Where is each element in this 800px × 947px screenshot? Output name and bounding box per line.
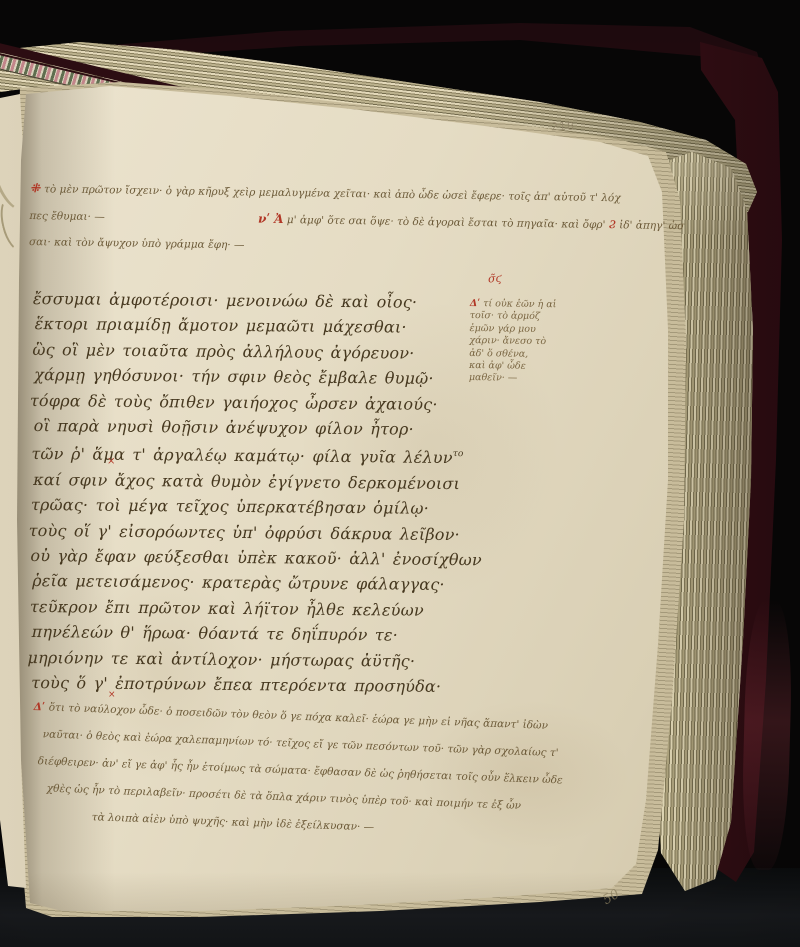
manuscript-text-line: χθὲς ὡς ἦν τὸ περιλαβεῖν· προσέτι δὲ τὰ … <box>46 782 535 815</box>
manuscript-text-line: διέφθειρεν· ἀν' εἴ γε ἀφ' ἧς ἦν ἑτοίμως … <box>37 754 536 787</box>
rubric-letter: ⁜ <box>30 181 44 195</box>
manuscript-photo: 218 ⁜ τὸ μὲν πρῶτον ἴσχειν· ὁ γὰρ κῆρυξ … <box>0 0 800 947</box>
manuscript-text-line: ναῦται· ὁ θεὸς καὶ ἑώρα χαλεπαμηνίων τό·… <box>42 727 537 760</box>
manuscript-text-line: οἳ παρὰ νηυσὶ θοῇσιν ἀνέψυχον φίλον ἦτορ… <box>34 413 484 443</box>
pencil-folio-number: 218 <box>551 120 575 134</box>
rubric-sigla: σ̃ϛ <box>488 272 503 286</box>
manuscript-text-line: χάριν· ἄνεσο τὸ <box>469 335 571 349</box>
text-segment: τῶν ῥ' ἅμα τ' ἀργαλέῳ καμάτῳ· φίλα γυῖα … <box>31 444 452 467</box>
rubric-letter: Ἀ <box>274 212 284 226</box>
manuscript-text-line: καί σφιν ἄχος κατὰ θυμὸν ἐγίγνετο δερκομ… <box>33 467 483 497</box>
manuscript-text-line: μαθεῖν· — <box>469 372 571 386</box>
manuscript-text-line: ἕκτορι πριαμίδῃ ἄμοτον μεμαῶτι μάχεσθαι· <box>35 311 485 341</box>
rubric-cross-mark: × <box>108 690 116 700</box>
text-segment: ἰδ' ἀπηγ' ὡσ <box>616 219 685 232</box>
main-text-block: ἔσσυμαι ἀμφοτέροισι· μενοινώω δὲ καὶ οἶο… <box>29 286 483 700</box>
margin-note-block: Δʹ τί οὐκ ἐῶν ἡ αἱτοῖσ· τὸ ἁρμόζἐμῶν γάρ… <box>469 298 572 386</box>
manuscript-text-line: τοῖσ· τὸ ἁρμόζ <box>470 310 572 324</box>
text-segment: τί οὐκ ἐῶν ἡ αἱ <box>480 298 556 310</box>
text-segment: πες ἔθυμαι· — <box>29 210 108 223</box>
rubric-letter: Δʹ <box>470 298 480 309</box>
bottom-scholia-block: Δʹ ὅτι τὸ ναύλοχον ὧδε· ὁ ποσειδῶν τὸν θ… <box>29 700 538 841</box>
manuscript-text-line: πες ἔθυμαι· — νʹ Ἀ μ' ἀμφ' ὅτε σαι ὅψε· … <box>29 208 534 232</box>
text-segment: το <box>453 449 464 459</box>
rubric-cross-mark: × <box>107 456 115 467</box>
manuscript-text-line: τῶν ῥ' ἅμα τ' ἀργαλέῳ καμάτῳ· φίλα γυῖα … <box>31 438 481 471</box>
top-scholia-block: ⁜ τὸ μὲν πρῶτον ἴσχειν· ὁ γὰρ κῆρυξ χεὶρ… <box>29 181 535 258</box>
rubric-letter: νʹ <box>258 212 274 226</box>
manuscript-text-line: ῥεῖα μετεισάμενος· κρατερὰς ὤτρυνε φάλαγ… <box>32 568 482 598</box>
manuscript-text-line: τοὺς οἵ γ' εἰσορόωντες ὑπ' ὀφρύσι δάκρυα… <box>29 518 479 548</box>
text-segment <box>108 220 258 222</box>
manuscript-text-line: τοὺς ὅ γ' ἐποτρύνων ἔπεα πτερόεντα προση… <box>31 670 481 700</box>
rubric-letter: Δʹ <box>34 701 49 714</box>
